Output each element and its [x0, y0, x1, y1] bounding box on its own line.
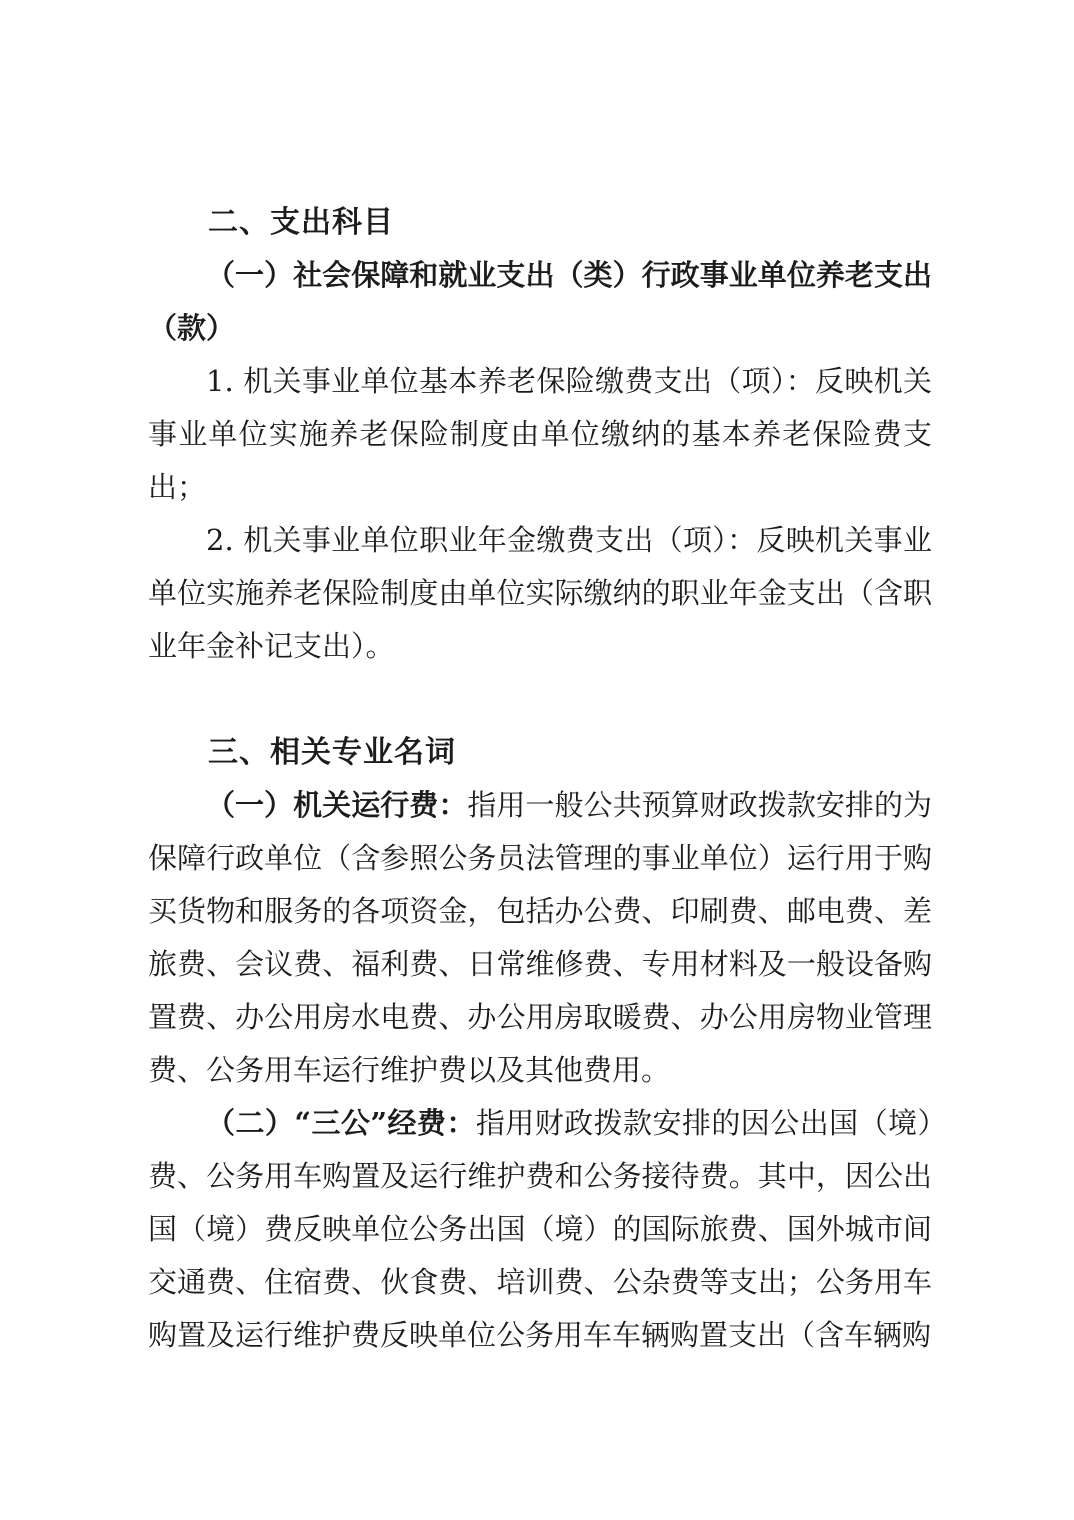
paragraph-term-agency-operating-expense: （一）机关运行费：指用一般公共预算财政拨款安排的为保障行政单位（含参照公务员法管… [148, 779, 932, 1097]
section-heading-professional-terms: 三、相关专业名词 [148, 726, 932, 779]
term-three-public-funds-title: （二）“三公”经费： [206, 1106, 476, 1140]
paragraph-term-three-public-funds: （二）“三公”经费：指用财政拨款安排的因公出国（境）费、公务用车购置及运行维护费… [148, 1097, 932, 1362]
term-three-public-funds-definition: 指用财政拨款安排的因公出国（境）费、公务用车购置及运行维护费和公务接待费。其中，… [148, 1106, 932, 1352]
subheading-social-security-category: （一）社会保障和就业支出（类）行政事业单位养老支出（款） [148, 249, 932, 355]
paragraph-occupational-annuity-contribution: 2. 机关事业单位职业年金缴费支出（项）：反映机关事业单位实施养老保险制度由单位… [148, 514, 932, 673]
paragraph-basic-pension-contribution: 1. 机关事业单位基本养老保险缴费支出（项）：反映机关事业单位实施养老保险制度由… [148, 355, 932, 514]
section-heading-expenditure-items: 二、支出科目 [148, 196, 932, 249]
term-agency-operating-expense-title: （一）机关运行费： [206, 788, 467, 822]
document-page: 二、支出科目 （一）社会保障和就业支出（类）行政事业单位养老支出（款） 1. 机… [0, 0, 1074, 1520]
term-agency-operating-expense-definition: 指用一般公共预算财政拨款安排的为保障行政单位（含参照公务员法管理的事业单位）运行… [148, 788, 932, 1087]
